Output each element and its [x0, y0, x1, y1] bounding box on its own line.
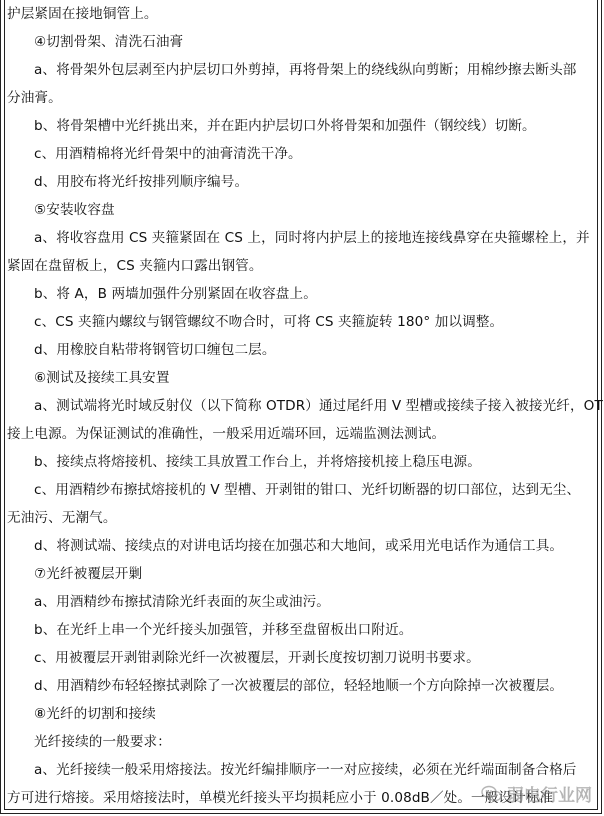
document-line: d、将测试端、接续点的对讲电话均接在加强芯和大地间，或采用光电话作为通信工具。 [7, 532, 597, 560]
document-line: 紧固在盘留板上，CS 夹箍内口露出钢管。 [7, 252, 597, 280]
document-line: 护层紧固在接地铜管上。 [7, 0, 597, 28]
document-line: 无油污、无潮气。 [7, 504, 597, 532]
document-line: d、用酒精纱布轻轻擦拭剥除了一次被覆层的部位，轻轻地顺一个方向除掉一次被覆层。 [7, 672, 597, 700]
document-line: 分油膏。 [7, 84, 597, 112]
document-line: d、用橡胶自粘带将钢管切口缠包二层。 [7, 336, 597, 364]
document-line: ⑧光纤的切割和接续 [7, 700, 597, 728]
document-line: c、用酒精纱布擦拭熔接机的 V 型槽、开剥钳的钳口、光纤切断器的切口部位，达到无… [7, 476, 597, 504]
document-line: 方可进行熔接。采用熔接法时，单模光纤接头平均损耗应小于 0.08dB／处。一般设… [7, 784, 597, 812]
document-body: 护层紧固在接地铜管上。④切割骨架、清洗石油膏a、将骨架外包层剥至内护层切口外剪掉… [7, 0, 597, 812]
document-line: ⑦光纤被覆层开剿 [7, 560, 597, 588]
document-line: a、用酒精纱布擦拭清除光纤表面的灰尘或油污。 [7, 588, 597, 616]
document-line: c、用酒精棉将光纤骨架中的油膏清洗干净。 [7, 140, 597, 168]
document-line: a、将骨架外包层剥至内护层切口外剪掉，再将骨架上的绕线纵向剪断；用棉纱擦去断头部 [7, 56, 597, 84]
document-line: ⑥测试及接续工具安置 [7, 364, 597, 392]
document-line: a、将收容盘用 CS 夹箍紧固在 CS 上，同时将内护层上的接地连接线鼻穿在央箍… [7, 224, 597, 252]
document-line: c、CS 夹箍内螺纹与钢管螺纹不吻合时，可将 CS 夹箍旋转 180° 加以调整… [7, 308, 597, 336]
document-line: 接上电源。为保证测试的准确性，一般采用近端环回，远端监测法测试。 [7, 420, 597, 448]
document-line: d、用胶布将光纤按排列顺序编号。 [7, 168, 597, 196]
document-line: a、光纤接续一般采用熔接法。按光纤编排顺序一一对应接续，必须在光纤端面制备合格后 [7, 756, 597, 784]
document-line: c、用被覆层开剥钳剥除光纤一次被覆层，开剥长度按切割刀说明书要求。 [7, 644, 597, 672]
document-line: b、将 A，B 两墙加强件分别紧固在收容盘上。 [7, 280, 597, 308]
document-line: ⑤安装收容盘 [7, 196, 597, 224]
document-line: b、在光纤上串一个光纤接头加强管，并移至盘留板出口附近。 [7, 616, 597, 644]
document-line: b、将骨架槽中光纤挑出来，并在距内护层切口外将骨架和加强件（钢绞线）切断。 [7, 112, 597, 140]
document-line: b、接续点将熔接机、接续工具放置工作台上，并将熔接机接上稳压电源。 [7, 448, 597, 476]
document-line: a、测试端将光时域反射仪（以下简称 OTDR）通过尾纤用 V 型槽或接续子接入被… [7, 392, 597, 420]
document-line: 光纤接续的一般要求： [7, 728, 597, 756]
document-line: ④切割骨架、清洗石油膏 [7, 28, 597, 56]
